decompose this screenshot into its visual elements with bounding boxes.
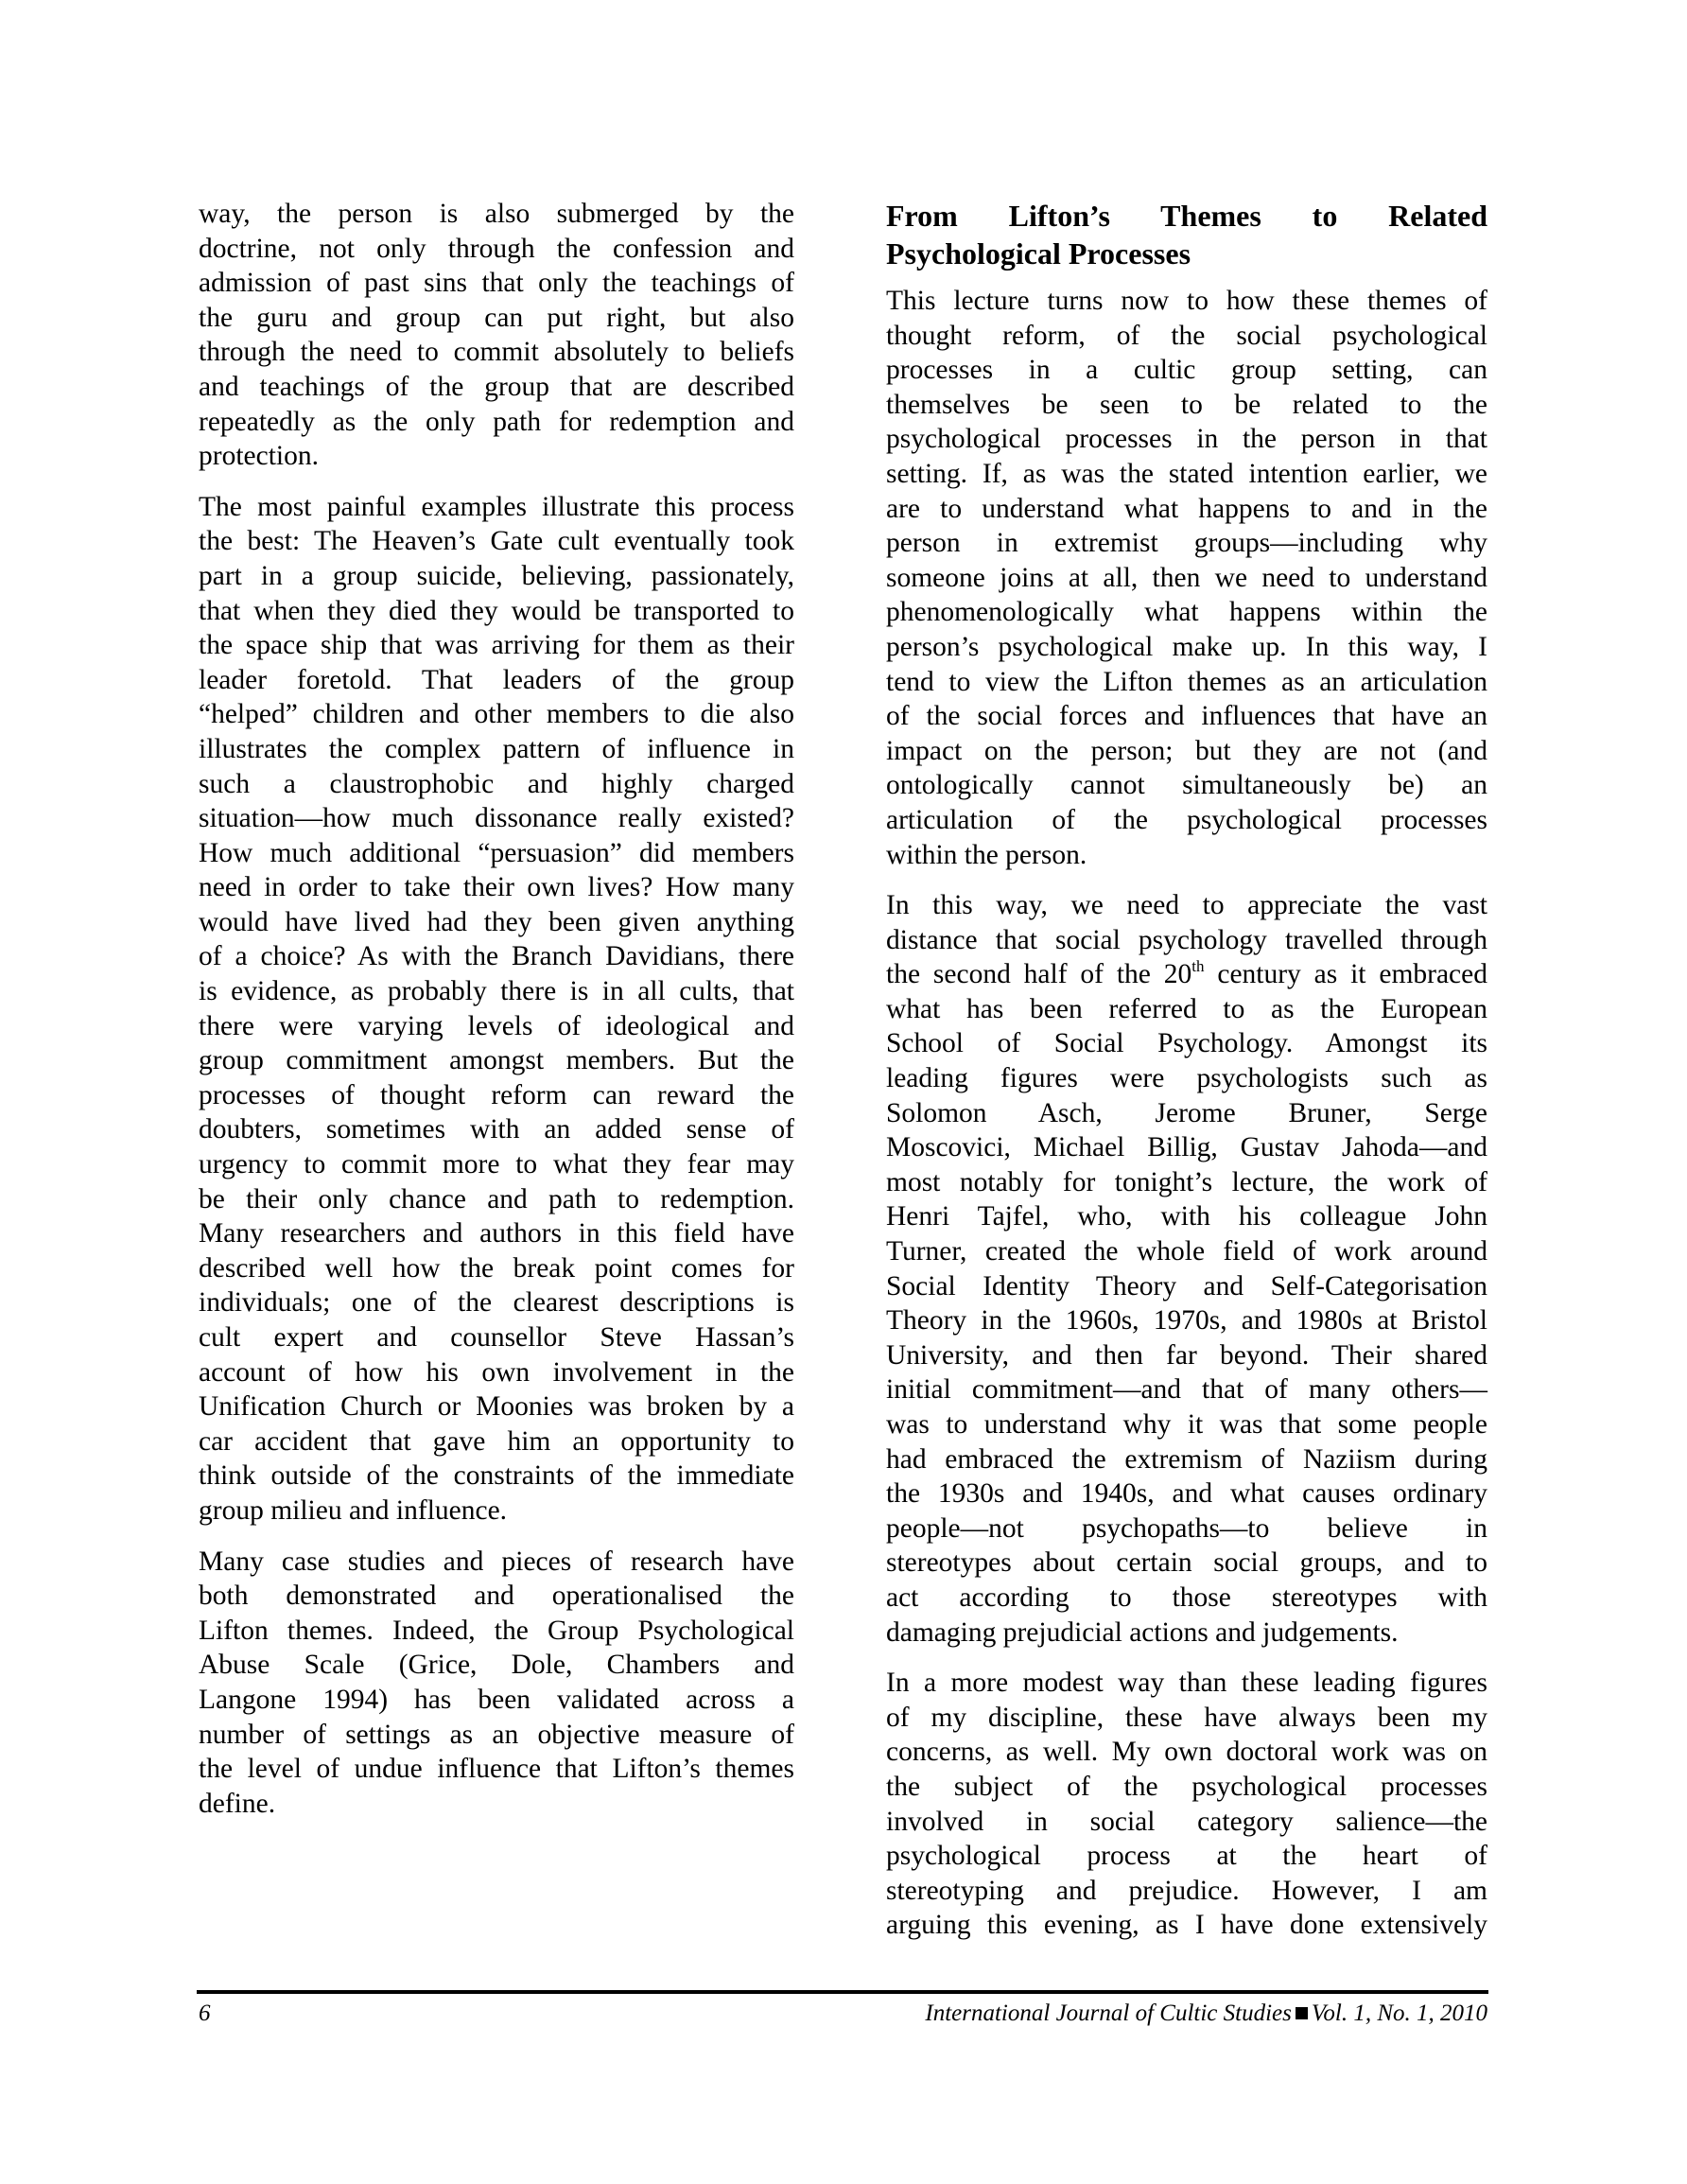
text-line: This lecture turns now to how these them… <box>886 284 1487 319</box>
text-line: group milieu and influence. <box>199 1494 794 1529</box>
text-line: of my discipline, these have always been… <box>886 1701 1487 1736</box>
text-line: need in order to take their own lives? H… <box>199 870 794 905</box>
text-line: arguing this evening, as I have done ext… <box>886 1908 1487 1943</box>
text-line: Social Identity Theory and Self-Categori… <box>886 1269 1487 1304</box>
text-line: damaging prejudicial actions and judgeme… <box>886 1616 1487 1651</box>
text-line: involved in social category salience—the <box>886 1805 1487 1840</box>
text-line: what has been referred to as the Europea… <box>886 992 1487 1027</box>
text-line: number of settings as an objective measu… <box>199 1718 794 1753</box>
text-line: cult expert and counsellor Steve Hassan’… <box>199 1320 794 1355</box>
text-line: the 1930s and 1940s, and what causes ord… <box>886 1476 1487 1511</box>
text-line: School of Social Psychology. Amongst its <box>886 1026 1487 1061</box>
text-line: “helped” children and other members to d… <box>199 697 794 732</box>
text-line: phenomenologically what happens within t… <box>886 595 1487 630</box>
text-line: and teachings of the group that are desc… <box>199 370 794 405</box>
text-line: stereotypes about certain social groups,… <box>886 1546 1487 1581</box>
text-line: processes of thought reform can reward t… <box>199 1078 794 1113</box>
text-line: thought reform, of the social psychologi… <box>886 319 1487 354</box>
text-segment: the second half of the 20 <box>886 959 1191 989</box>
text-segment: century as it embraced <box>1204 959 1487 989</box>
text-line: tend to view the Lifton themes as an art… <box>886 665 1487 700</box>
text-line: repeatedly as the only path for redempti… <box>199 405 794 440</box>
text-line: situation—how much dissonance really exi… <box>199 801 794 836</box>
text-line: Solomon Asch, Jerome Bruner, Serge <box>886 1096 1487 1131</box>
text-line: University, and then far beyond. Their s… <box>886 1338 1487 1373</box>
text-line: psychological processes in the person in… <box>886 422 1487 457</box>
text-line: car accident that gave him an opportunit… <box>199 1424 794 1459</box>
text-line: impact on the person; but they are not (… <box>886 734 1487 769</box>
text-line: someone joins at all, then we need to un… <box>886 561 1487 596</box>
journal-citation: International Journal of Cultic StudiesV… <box>925 2001 1487 2027</box>
text-line: stereotyping and prejudice. However, I a… <box>886 1874 1487 1909</box>
text-line: themselves be seen to be related to the <box>886 388 1487 423</box>
black-square-icon <box>1296 2007 1308 2019</box>
text-line: act according to those stereotypes with <box>886 1581 1487 1616</box>
text-line: processes in a cultic group setting, can <box>886 353 1487 388</box>
text-line: was to understand why it was that some p… <box>886 1407 1487 1442</box>
text-line: urgency to commit more to what they fear… <box>199 1147 794 1182</box>
text-line: of a choice? As with the Branch Davidian… <box>199 939 794 974</box>
text-line: through the need to commit absolutely to… <box>199 335 794 370</box>
text-line: doubters, sometimes with an added sense … <box>199 1112 794 1147</box>
text-line: be their only chance and path to redempt… <box>199 1182 794 1217</box>
text-line: person’s psychological make up. In this … <box>886 630 1487 665</box>
text-line: Many researchers and authors in this fie… <box>199 1216 794 1251</box>
superscript: th <box>1191 957 1204 975</box>
text-line: articulation of the psychological proces… <box>886 803 1487 838</box>
text-line: described well how the break point comes… <box>199 1251 794 1286</box>
text-line: define. <box>199 1787 794 1822</box>
heading-line: From Lifton’s Themes to Related <box>886 197 1487 235</box>
left-column: way, the person is also submerged by the… <box>199 197 794 1837</box>
page-number: 6 <box>199 2001 211 2027</box>
text-line: think outside of the constraints of the … <box>199 1459 794 1494</box>
text-line: doctrine, not only through the confessio… <box>199 232 794 267</box>
text-line: that when they died they would be transp… <box>199 594 794 629</box>
text-line: initial commitment—and that of many othe… <box>886 1372 1487 1407</box>
text-line: person in extremist groups—including why <box>886 526 1487 561</box>
text-line: way, the person is also submerged by the <box>199 197 794 232</box>
section-heading: From Lifton’s Themes to Related Psycholo… <box>886 197 1487 272</box>
text-line: group commitment amongst members. But th… <box>199 1043 794 1078</box>
text-line: Abuse Scale (Grice, Dole, Chambers and <box>199 1648 794 1683</box>
text-line: part in a group suicide, believing, pass… <box>199 559 794 594</box>
text-line: leader foretold. That leaders of the gro… <box>199 663 794 698</box>
text-line: within the person. <box>886 838 1487 873</box>
text-line: distance that social psychology travelle… <box>886 923 1487 958</box>
text-line: How much additional “persuasion” did mem… <box>199 836 794 871</box>
paragraph-european-school: In this way, we need to appreciate the v… <box>886 888 1487 1650</box>
paragraph-case-studies: Many case studies and pieces of research… <box>199 1545 794 1822</box>
text-line: Turner, created the whole field of work … <box>886 1234 1487 1269</box>
text-line: is evidence, as probably there is in all… <box>199 974 794 1009</box>
text-line: The most painful examples illustrate thi… <box>199 490 794 525</box>
text-line: admission of past sins that only the tea… <box>199 266 794 301</box>
text-line: psychological process at the heart of <box>886 1839 1487 1874</box>
text-line: both demonstrated and operationalised th… <box>199 1579 794 1614</box>
text-line: most notably for tonight’s lecture, the … <box>886 1165 1487 1200</box>
text-line: In a more modest way than these leading … <box>886 1666 1487 1701</box>
text-line: In this way, we need to appreciate the v… <box>886 888 1487 923</box>
text-line: Henri Tajfel, who, with his colleague Jo… <box>886 1199 1487 1234</box>
text-line: the subject of the psychological process… <box>886 1770 1487 1805</box>
text-line: the level of undue influence that Lifton… <box>199 1752 794 1787</box>
text-line: protection. <box>199 439 794 474</box>
text-line-with-superscript: the second half of the 20th century as i… <box>886 957 1487 992</box>
text-line: account of how his own involvement in th… <box>199 1355 794 1390</box>
text-line: people—not psychopaths—to believe in <box>886 1511 1487 1546</box>
text-line: setting. If, as was the stated intention… <box>886 457 1487 492</box>
text-line: the best: The Heaven’s Gate cult eventua… <box>199 524 794 559</box>
text-line: Unification Church or Moonies was broken… <box>199 1389 794 1424</box>
footer-rule <box>197 1990 1488 1994</box>
text-line: Many case studies and pieces of research… <box>199 1545 794 1580</box>
paragraph-lecture-turns: This lecture turns now to how these them… <box>886 284 1487 872</box>
text-line: would have lived had they been given any… <box>199 905 794 940</box>
text-line: leading figures were psychologists such … <box>886 1061 1487 1096</box>
text-line: illustrates the complex pattern of influ… <box>199 732 794 767</box>
text-line: Moscovici, Michael Billig, Gustav Jahoda… <box>886 1130 1487 1165</box>
text-line: the guru and group can put right, but al… <box>199 301 794 336</box>
paragraph-modest-way: In a more modest way than these leading … <box>886 1666 1487 1943</box>
text-line: Lifton themes. Indeed, the Group Psychol… <box>199 1614 794 1649</box>
text-line: the space ship that was arriving for the… <box>199 628 794 663</box>
journal-title: International Journal of Cultic Studies <box>925 2001 1291 2026</box>
text-line: concerns, as well. My own doctoral work … <box>886 1735 1487 1770</box>
text-line: are to understand what happens to and in… <box>886 492 1487 527</box>
document-page: way, the person is also submerged by the… <box>0 0 1687 2184</box>
paragraph-doctrine: way, the person is also submerged by the… <box>199 197 794 474</box>
heading-line: Psychological Processes <box>886 235 1487 272</box>
right-column: From Lifton’s Themes to Related Psycholo… <box>886 197 1487 1959</box>
text-line: Langone 1994) has been validated across … <box>199 1683 794 1718</box>
journal-volume: Vol. 1, No. 1, 2010 <box>1312 2001 1487 2026</box>
text-line: individuals; one of the clearest descrip… <box>199 1285 794 1320</box>
text-line: of the social forces and influences that… <box>886 699 1487 734</box>
text-line: there were varying levels of ideological… <box>199 1009 794 1044</box>
text-line: such a claustrophobic and highly charged <box>199 767 794 802</box>
paragraph-heavens-gate: The most painful examples illustrate thi… <box>199 490 794 1529</box>
text-line: ontologically cannot simultaneously be) … <box>886 768 1487 803</box>
text-line: had embraced the extremism of Naziism du… <box>886 1442 1487 1477</box>
text-line: Theory in the 1960s, 1970s, and 1980s at… <box>886 1303 1487 1338</box>
